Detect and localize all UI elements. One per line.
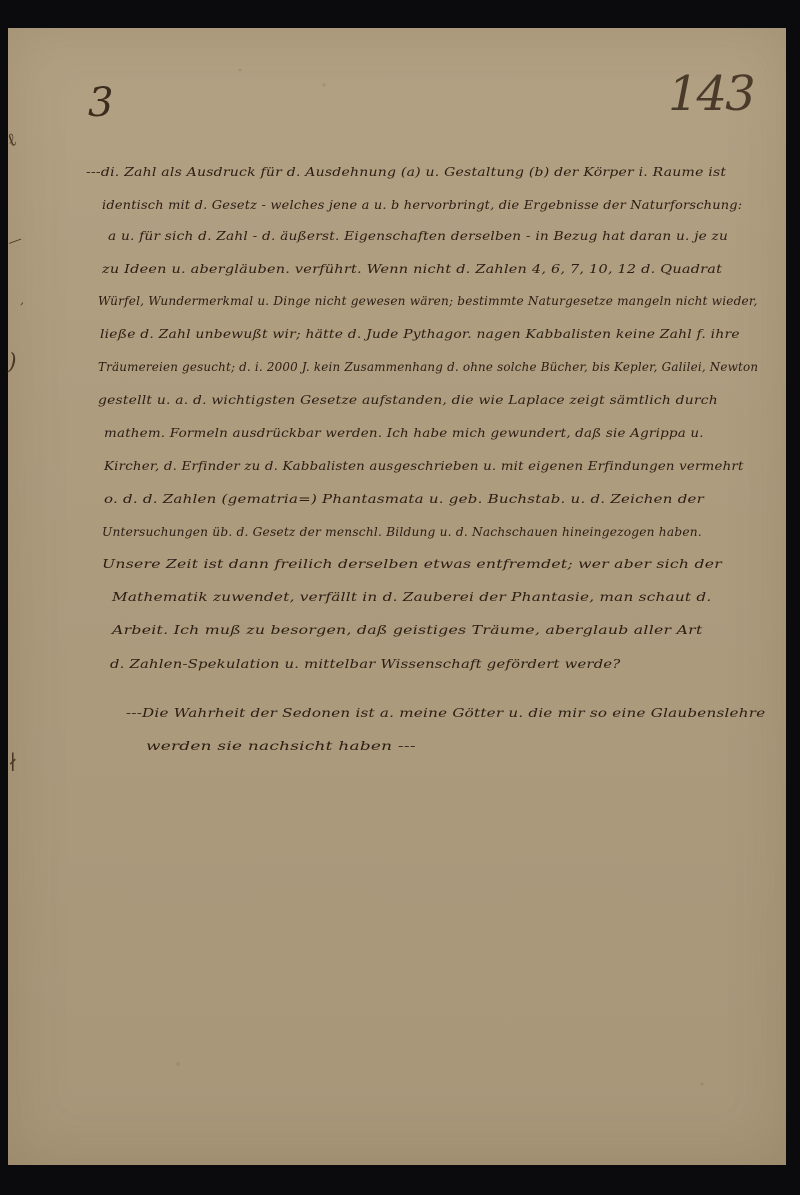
text-line: Träumereien gesucht; d. i. 2000 J. kein …: [98, 359, 758, 374]
text-line: ließe d. Zahl unbewußt wir; hätte d. Jud…: [100, 326, 740, 341]
text-line: ---di. Zahl als Ausdruck für d. Ausdehnu…: [86, 164, 726, 179]
text-line: ---Die Wahrheit der Sedonen ist a. meine…: [126, 705, 765, 720]
margin-mark: —: [6, 231, 25, 251]
text-line: Kircher, d. Erfinder zu d. Kabbalisten a…: [104, 458, 744, 473]
text-line: Mathematik zuwendet, verfällt in d. Zaub…: [112, 589, 711, 604]
scan-frame: 3 143 ℓ — ‚ ) ∤ ---di. Zahl als Ausdruck…: [0, 0, 800, 1195]
manuscript-page: 3 143 ℓ — ‚ ) ∤ ---di. Zahl als Ausdruck…: [8, 28, 786, 1165]
text-line: identisch mit d. Gesetz - welches jene a…: [102, 197, 742, 212]
margin-mark: ): [8, 350, 17, 375]
text-line: d. Zahlen-Spekulation u. mittelbar Wisse…: [110, 656, 621, 671]
margin-mark: ‚: [20, 293, 24, 307]
text-line: Untersuchungen üb. d. Gesetz der menschl…: [102, 524, 702, 539]
margin-mark: ∤: [8, 750, 18, 774]
text-line: zu Ideen u. abergläuben. verführt. Wenn …: [102, 261, 722, 276]
text-line: werden sie nachsicht haben ---: [146, 738, 416, 753]
text-line: gestellt u. a. d. wichtigsten Gesetze au…: [98, 392, 718, 407]
text-line: mathem. Formeln ausdrückbar werden. Ich …: [104, 425, 704, 440]
text-line: Würfel, Wundermerkmal u. Dinge nicht gew…: [98, 293, 758, 308]
text-line: Arbeit. Ich muß zu besorgen, daß geistig…: [112, 622, 703, 637]
text-line: a u. für sich d. Zahl - d. äußerst. Eige…: [108, 228, 728, 243]
folio-number-right: 143: [668, 66, 754, 122]
folio-number-left: 3: [88, 80, 113, 126]
margin-mark: ℓ: [3, 130, 20, 152]
text-line: Unsere Zeit ist dann freilich derselben …: [102, 556, 722, 571]
text-line: o. d. d. Zahlen (gematria=) Phantasmata …: [104, 491, 704, 506]
